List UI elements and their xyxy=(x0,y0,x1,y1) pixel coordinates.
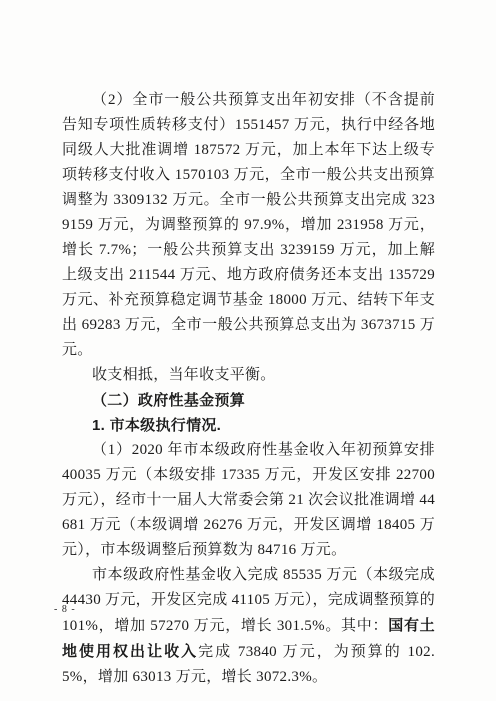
heading-government-funds-budget: （二）政府性基金预算 xyxy=(62,388,435,413)
text-run-fund-revenue: 市本级政府性基金收入完成 85535 万元（本级完成 44430 万元，开发区完… xyxy=(62,567,435,634)
paragraph-fund-revenue-completion: 市本级政府性基金收入完成 85535 万元（本级完成 44430 万元，开发区完… xyxy=(62,563,435,690)
heading-city-level-execution: 1. 市本级执行情况. xyxy=(62,413,435,438)
paragraph-general-budget-expenditure: （2）全市一般公共预算支出年初安排（不含提前告知专项性质转移支付）1551457… xyxy=(62,88,435,363)
document-body: （2）全市一般公共预算支出年初安排（不含提前告知专项性质转移支付）1551457… xyxy=(62,88,435,690)
paragraph-revenue-expenditure-balance: 收支相抵，当年收支平衡。 xyxy=(62,363,435,388)
page-number: - 8 - xyxy=(54,603,76,617)
document-page: （2）全市一般公共预算支出年初安排（不含提前告知专项性质转移支付）1551457… xyxy=(0,0,496,701)
paragraph-fund-revenue-initial-budget: （1）2020 年市本级政府性基金收入年初预算安排 40035 万元（本级安排 … xyxy=(62,438,435,563)
